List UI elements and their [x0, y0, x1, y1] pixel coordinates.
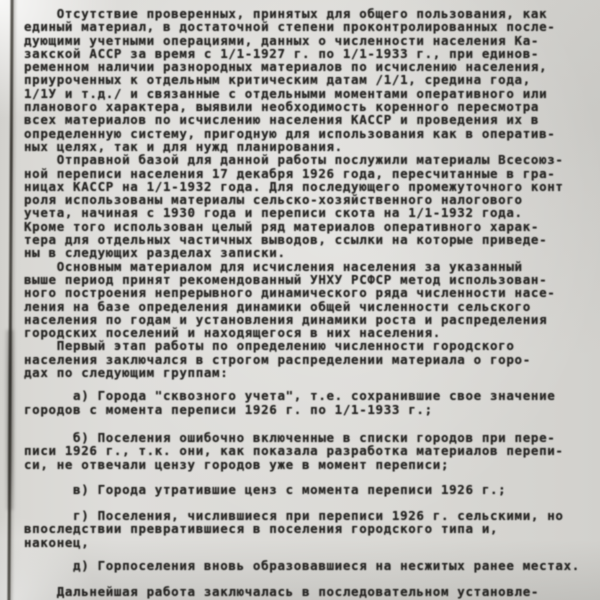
text-line: роля использованы материалы сельско-хозя… — [24, 193, 598, 206]
text-line: населения по годам и установления динами… — [24, 313, 598, 326]
text-line: всех материалов по исчислению населения … — [24, 113, 598, 126]
text-line: закской АССР за время с 1/1-1927 г. по 1… — [24, 47, 598, 60]
text-line: впоследствии превратившиеся в поселения … — [24, 522, 598, 535]
text-line: Отсутствие проверенных, принятых для общ… — [24, 7, 598, 20]
paragraph-4: Первый этап работы по определению числен… — [24, 339, 598, 379]
text-line: дах по следующим группам: — [24, 366, 598, 379]
text-line: си, не отвечали цензу городов уже в моме… — [24, 458, 598, 471]
list-item-v: в) Города утратившие ценз с момента пере… — [24, 483, 598, 496]
text-line: ления на базе определения динамики общей… — [24, 300, 598, 313]
binding-edge-line — [7, 0, 13, 600]
list-item-b: б) Поселения ошибочно включенные в списк… — [24, 431, 598, 471]
text-line: Отправной базой для данной работы послуж… — [24, 153, 598, 166]
list-item-g: г) Поселения, числившиеся при переписи 1… — [24, 509, 598, 549]
text-line: учета, начиная с 1930 года и переписи ск… — [24, 206, 598, 219]
text-line: ного построения непрерывного динамическо… — [24, 286, 598, 299]
text-line: городов с момента переписи 1926 г. по 1/… — [24, 403, 598, 416]
paragraph-1: Отсутствие проверенных, принятых для общ… — [24, 7, 598, 153]
text-line: ницах КАССР на 1/1-1932 года. Для послед… — [24, 180, 598, 193]
text-line: Кроме того использован целый ряд материа… — [24, 220, 598, 233]
binding-edge-smudge — [4, 330, 16, 510]
text-line: ны в следующих разделах записки. — [24, 246, 598, 259]
text-line: определенную систему, пригодную для испо… — [24, 127, 598, 140]
text-line: г) Поселения, числившиеся при переписи 1… — [24, 509, 598, 522]
paragraph-2: Отправной базой для данной работы послуж… — [24, 153, 598, 259]
text-line: единый материал, в достаточной степени п… — [24, 20, 598, 33]
text-line: д) Горпоселения вновь образовавшиеся на … — [24, 559, 598, 572]
list-item-d: д) Горпоселения вновь образовавшиеся на … — [24, 559, 598, 572]
text-line: планового характера, выявили необходимос… — [24, 100, 598, 113]
text-line: Основным материалом для исчисления насел… — [24, 260, 598, 273]
text-line: ременном наличии разнородных материалов … — [24, 60, 598, 73]
scanned-document-page: Отсутствие проверенных, принятых для общ… — [0, 0, 600, 600]
text-line: в) Города утратившие ценз с момента пере… — [24, 483, 598, 496]
document-text-block: Отсутствие проверенных, принятых для общ… — [24, 7, 598, 599]
list-item-a: а) Города "сквозного учета", т.е. сохран… — [24, 389, 598, 416]
paragraph-3: Основным материалом для исчисления насел… — [24, 260, 598, 340]
text-line: выше период принят рекомендованный УНХУ … — [24, 273, 598, 286]
text-line: приуроченных к отдельным критическим дат… — [24, 73, 598, 86]
text-line: ной переписи населения 17 декабря 1926 г… — [24, 167, 598, 180]
text-line: Первый этап работы по определению числен… — [24, 339, 598, 352]
text-line: наконец, — [24, 536, 598, 549]
text-line: Дальнейшая работа заключалась в последов… — [24, 585, 598, 598]
paragraph-5: Дальнейшая работа заключалась в последов… — [24, 585, 598, 598]
text-line: населения заключался в строгом распредел… — [24, 353, 598, 366]
text-line: а) Города "сквозного учета", т.е. сохран… — [24, 389, 598, 402]
text-line: дующими учетными операциями, данных о чи… — [24, 34, 598, 47]
text-line: тера для отдельных частичных выводов, сс… — [24, 233, 598, 246]
text-line: писи 1926 г., т.к. они, как показала раз… — [24, 444, 598, 457]
